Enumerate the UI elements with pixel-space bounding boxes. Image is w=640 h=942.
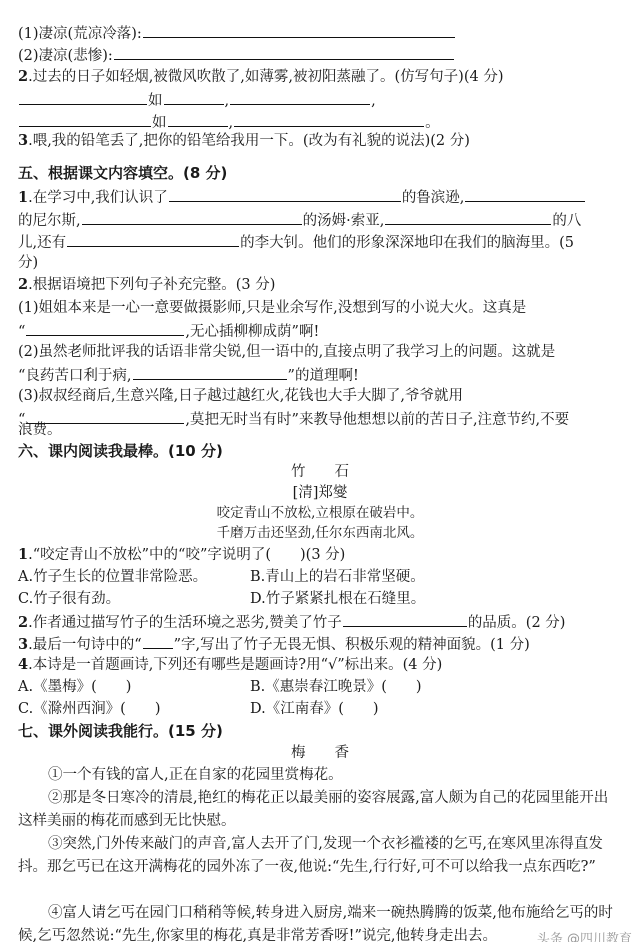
poem-line-1: 咬定青山不放松,立根原在破岩中。 [0, 503, 640, 523]
p5-q2-s3-line3: 浪费。 [18, 420, 62, 440]
text: ”字,写出了竹子无畏无惧、积极乐观的精神面貌。(1 分) [174, 637, 530, 653]
section-7-heading: 七、课外阅读我能行。(15 分) [18, 721, 223, 741]
question-text: .根据语境把下列句子补充完整。(3 分) [28, 277, 275, 293]
p6-question-1: 1.“咬定青山不放松”中的“咬”字说明了( )(3 分) [18, 545, 345, 565]
answer-blank[interactable] [168, 111, 228, 127]
poem-title: 竹 石 [0, 462, 640, 482]
answer-blank[interactable] [82, 209, 302, 225]
p5-q2-s3-line2: “,莫把无时当有时”来教导他想想以前的苦日子,注意节约,不要 [18, 408, 569, 430]
p6-question-3: 3.最后一句诗中的“”字,写出了竹子无畏无惧、积极乐观的精神面貌。(1 分) [18, 633, 530, 655]
punct: , [371, 93, 376, 109]
question-number: 3 [18, 636, 28, 653]
poem-line-2: 千磨万击还坚劲,任尔东西南北风。 [0, 523, 640, 543]
question-3: 3.喂,我的铅笔丢了,把你的铅笔给我用一下。(改为有礼貌的说法)(2 分) [18, 131, 470, 151]
question-text: .“咬定青山不放松”中的“咬”字说明了( )(3 分) [28, 547, 345, 563]
answer-blank[interactable] [465, 186, 585, 202]
answer-blank[interactable] [143, 22, 455, 38]
p6-question-4: 4.本诗是一首题画诗,下列还有哪些是题画诗?用“√”标出来。(4 分) [18, 655, 442, 675]
question-number: 1 [18, 546, 28, 563]
question-number: 2 [18, 68, 28, 85]
answer-blank[interactable] [19, 89, 147, 105]
ru-word: 如 [148, 93, 163, 109]
exam-page: (1)凄凉(荒凉冷落): (2)凄凉(悲惨): 2.过去的日子如轻烟,被微风吹散… [0, 0, 640, 942]
p5-q2-s1-line1: (1)姐姐本来是一心一意要做摄影师,只是业余写作,没想到写的小说大火。这真是 [18, 298, 526, 318]
text: “良药苦口利于病, [18, 368, 132, 384]
imitation-line-2: 如,。 [18, 111, 440, 133]
answer-blank[interactable] [164, 89, 224, 105]
answer-blank[interactable] [385, 209, 551, 225]
option-b[interactable]: B.青山上的岩石非常坚硬。 [250, 567, 425, 587]
option-c[interactable]: C.竹子很有劲。 [18, 589, 120, 609]
item-label: (2)凄凉(悲惨): [18, 48, 113, 64]
watermark: 头条 @四川教育 [537, 930, 632, 942]
question-text: .过去的日子如轻烟,被微风吹散了,如薄雾,被初阳蒸融了。(仿写句子)(4 分) [28, 69, 503, 85]
answer-blank[interactable] [230, 89, 370, 105]
p5-q1-line4: 分) [18, 253, 38, 273]
poem-option-c[interactable]: C.《滁州西涧》( ) [18, 699, 161, 719]
text: 儿,还有 [18, 235, 66, 251]
text: 的尼尔斯, [18, 213, 81, 229]
q1-item-2: (2)凄凉(悲惨): [18, 44, 455, 66]
item-label: (1)凄凉(荒凉冷落): [18, 26, 142, 42]
text: 的李大钊。他们的形象深深地印在我们的脑海里。(5 [240, 235, 574, 251]
text: 的八 [552, 213, 581, 229]
imitation-line-1: 如,, [18, 89, 376, 111]
answer-blank[interactable] [143, 633, 173, 649]
question-text: .本诗是一首题画诗,下列还有哪些是题画诗?用“√”标出来。(4 分) [28, 657, 442, 673]
answer-blank[interactable] [19, 111, 151, 127]
p5-q1-line3: 儿,还有的李大钊。他们的形象深深地印在我们的脑海里。(5 [18, 231, 574, 253]
p6-question-2: 2.作者通过描写竹子的生活环境之恶劣,赞美了竹子的品质。(2 分) [18, 611, 565, 633]
passage-title: 梅 香 [0, 743, 640, 763]
section-5-heading: 五、根据课文内容填空。(8 分) [18, 163, 227, 183]
text: 的鲁滨逊, [402, 190, 465, 206]
section-6-heading: 六、课内阅读我最棒。(10 分) [18, 441, 223, 461]
ru-word: 如 [152, 115, 167, 131]
p5-q1-line2: 的尼尔斯,的汤姆·索亚,的八 [18, 209, 581, 231]
punct: 。 [425, 115, 440, 131]
text: .作者通过描写竹子的生活环境之恶劣,赞美了竹子 [28, 615, 342, 631]
text: ,无心插柳柳成荫”啊! [185, 324, 319, 340]
poem-option-d[interactable]: D.《江南春》( ) [250, 699, 379, 719]
text: 的品质。(2 分) [468, 615, 566, 631]
passage-paragraph-3: ③突然,门外传来敲门的声音,富人去开了门,发现一个衣衫褴褛的乞丐,在寒风里冻得直… [18, 833, 622, 879]
q1-item-1: (1)凄凉(荒凉冷落): [18, 22, 456, 44]
p5-q2-s2-line2: “良药苦口利于病,”的道理啊! [18, 364, 359, 386]
poem-option-a[interactable]: A.《墨梅》( ) [18, 677, 131, 697]
passage-paragraph-1: ①一个有钱的富人,正在自家的花园里赏梅花。 [18, 764, 622, 787]
question-number: 2 [18, 614, 28, 631]
answer-blank[interactable] [169, 186, 401, 202]
question-number: 3 [18, 132, 28, 149]
answer-blank[interactable] [133, 364, 287, 380]
question-2: 2.过去的日子如轻烟,被微风吹散了,如薄雾,被初阳蒸融了。(仿写句子)(4 分) [18, 67, 504, 87]
text: .在学习中,我们认识了 [28, 190, 168, 206]
answer-blank[interactable] [26, 320, 184, 336]
answer-blank[interactable] [114, 44, 454, 60]
text: ,莫把无时当有时”来教导他想想以前的苦日子,注意节约,不要 [185, 412, 569, 428]
question-number: 4 [18, 656, 28, 673]
option-d[interactable]: D.竹子紧紧扎根在石缝里。 [250, 589, 425, 609]
answer-blank[interactable] [67, 231, 239, 247]
punct: , [229, 115, 234, 131]
passage-paragraph-2: ②那是冬日寒冷的清晨,艳红的梅花正以最美丽的姿容展露,富人颇为自己的花园里能开出… [18, 787, 622, 833]
p5-q2-s1-line2: “,无心插柳柳成荫”啊! [18, 320, 319, 342]
answer-blank[interactable] [343, 611, 467, 627]
text: 的汤姆·索亚, [303, 213, 385, 229]
text: .最后一句诗中的“ [28, 637, 142, 653]
question-number: 2 [18, 276, 28, 293]
question-text: .喂,我的铅笔丢了,把你的铅笔给我用一下。(改为有礼貌的说法)(2 分) [28, 133, 470, 149]
passage-paragraph-4: ④富人请乞丐在园门口稍稍等候,转身进入厨房,端来一碗热腾腾的饭菜,他布施给乞丐的… [18, 902, 622, 942]
p5-q1-line1: 1.在学习中,我们认识了的鲁滨逊, [18, 186, 586, 208]
option-a[interactable]: A.竹子生长的位置非常险恶。 [18, 567, 207, 587]
p5-q2-s2-line1: (2)虽然老师批评我的话语非常尖锐,但一语中的,直接点明了我学习上的问题。这就是 [18, 342, 555, 362]
poem-option-b[interactable]: B.《惠崇春江晚景》( ) [250, 677, 422, 697]
poem-author: [清]郑燮 [0, 483, 640, 503]
punct: , [225, 93, 230, 109]
quote: “ [18, 324, 25, 340]
question-number: 1 [18, 189, 28, 206]
p5-question-2: 2.根据语境把下列句子补充完整。(3 分) [18, 275, 275, 295]
answer-blank[interactable] [234, 111, 424, 127]
text: ”的道理啊! [288, 368, 359, 384]
p5-q2-s3-line1: (3)叔叔经商后,生意兴隆,日子越过越红火,花钱也大手大脚了,爷爷就用 [18, 386, 463, 406]
